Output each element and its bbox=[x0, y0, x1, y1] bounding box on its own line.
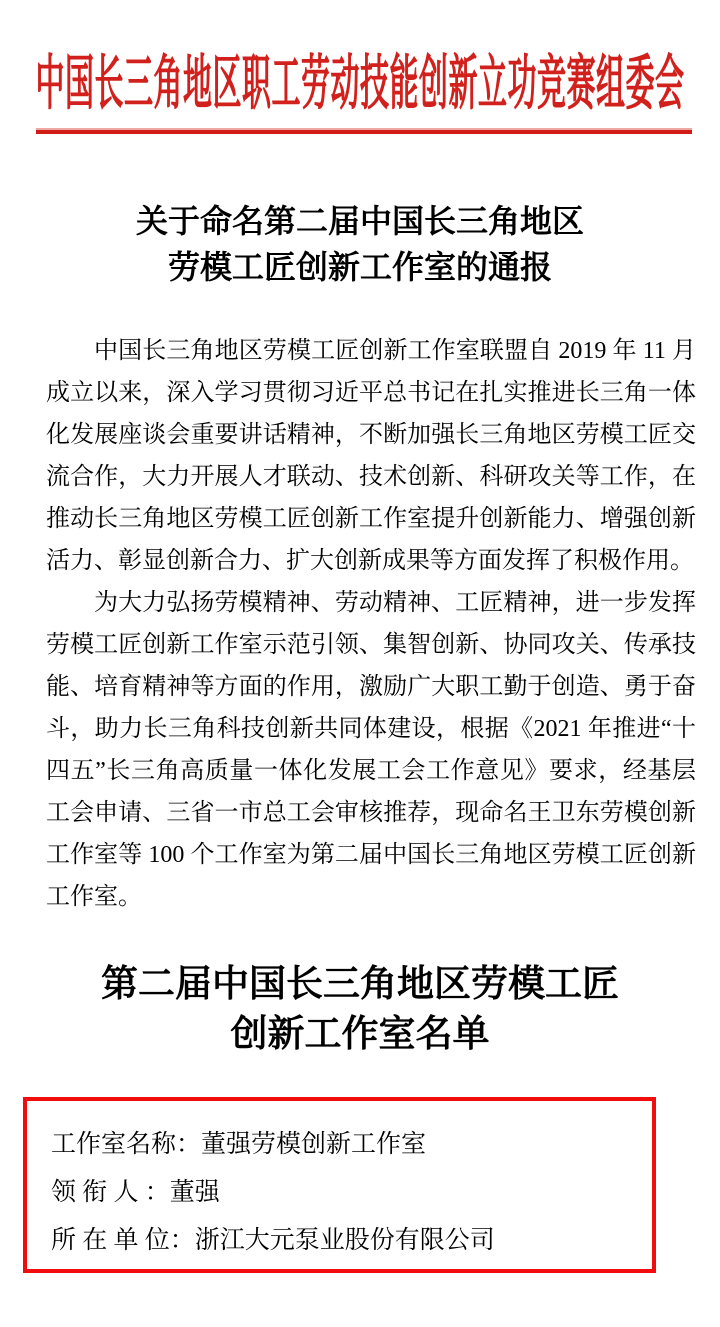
notice-title-line-1: 关于命名第二届中国长三角地区 bbox=[0, 198, 720, 244]
studio-leader-label: 领 衔 人 ： bbox=[51, 1179, 170, 1206]
body-line: 化发展座谈会重要讲话精神，不断加强长三角地区劳模工匠交 bbox=[46, 414, 696, 456]
body-line: 为大力弘扬劳模精神、劳动精神、工匠精神，进一步发挥 bbox=[46, 582, 696, 624]
studio-name-label: 工作室名称： bbox=[51, 1131, 201, 1158]
body-line: 成立以来，深入学习贯彻习近平总书记在扎实推进长三角一体 bbox=[46, 372, 696, 414]
body-line: 劳模工匠创新工作室示范引领、集智创新、协同攻关、传承技 bbox=[46, 624, 696, 666]
body-line: 工作室等 100 个工作室为第二届中国长三角地区劳模工匠创新 bbox=[46, 834, 696, 876]
studio-unit-row: 所 在 单 位：浙江大元泵业股份有限公司 bbox=[51, 1217, 652, 1265]
studio-card-rows: 工作室名称：董强劳模创新工作室 领 衔 人 ：董强 所 在 单 位：浙江大元泵业… bbox=[27, 1101, 652, 1265]
studio-leader-row: 领 衔 人 ：董强 bbox=[51, 1169, 652, 1217]
list-title-line-2: 创新工作室名单 bbox=[0, 1010, 720, 1060]
list-title-line-1: 第二届中国长三角地区劳模工匠 bbox=[0, 960, 720, 1010]
body-line: 活力、彰显创新合力、扩大创新成果等方面发挥了积极作用。 bbox=[46, 540, 696, 582]
studio-card: 工作室名称：董强劳模创新工作室 领 衔 人 ：董强 所 在 单 位：浙江大元泵业… bbox=[23, 1097, 656, 1273]
body-line: 工会申请、三省一市总工会审核推荐，现命名王卫东劳模创新 bbox=[46, 792, 696, 834]
studio-leader-value: 董强 bbox=[170, 1179, 220, 1206]
notice-body: 中国长三角地区劳模工匠创新工作室联盟自 2019 年 11 月 成立以来，深入学… bbox=[46, 330, 696, 918]
list-section-title: 第二届中国长三角地区劳模工匠 创新工作室名单 bbox=[0, 960, 720, 1060]
studio-name-value: 董强劳模创新工作室 bbox=[201, 1131, 426, 1158]
body-line: 工作室。 bbox=[46, 876, 696, 918]
notice-title-line-2: 劳模工匠创新工作室的通报 bbox=[0, 244, 720, 290]
studio-unit-label: 所 在 单 位： bbox=[51, 1227, 195, 1254]
body-line: 中国长三角地区劳模工匠创新工作室联盟自 2019 年 11 月 bbox=[46, 330, 696, 372]
body-line: 流合作，大力开展人才联动、技术创新、科研攻关等工作，在 bbox=[46, 456, 696, 498]
masthead-rule bbox=[36, 128, 692, 134]
masthead-rule-dark bbox=[36, 130, 692, 134]
studio-unit-value: 浙江大元泵业股份有限公司 bbox=[195, 1227, 495, 1254]
body-line: 四五”长三角高质量一体化发展工会工作意见》要求，经基层 bbox=[46, 750, 696, 792]
studio-name-row: 工作室名称：董强劳模创新工作室 bbox=[51, 1121, 652, 1169]
document-page: 中国长三角地区职工劳动技能创新立功竞赛组委会 关于命名第二届中国长三角地区 劳模… bbox=[0, 0, 720, 1327]
body-line: 推动长三角地区劳模工匠创新工作室提升创新能力、增强创新 bbox=[46, 498, 696, 540]
org-masthead-title: 中国长三角地区职工劳动技能创新立功竞赛组委会 bbox=[0, 48, 720, 122]
notice-title: 关于命名第二届中国长三角地区 劳模工匠创新工作室的通报 bbox=[0, 198, 720, 290]
body-line: 能、培育精神等方面的作用，激励广大职工勤于创造、勇于奋 bbox=[46, 666, 696, 708]
body-line: 斗，助力长三角科技创新共同体建设，根据《2021 年推进“十 bbox=[46, 708, 696, 750]
